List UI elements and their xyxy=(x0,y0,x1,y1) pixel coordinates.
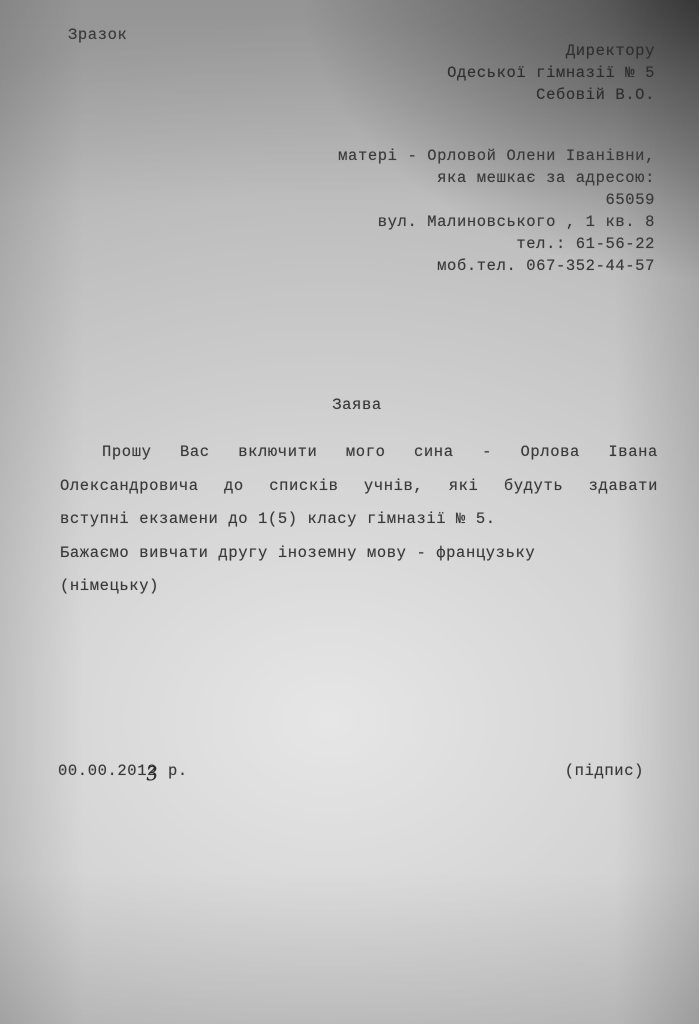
signature-label: (підпис) xyxy=(565,762,644,780)
sender-line: яка мешкає за адресою: xyxy=(338,167,655,189)
addressee-line: Одеської гімназії № 5 xyxy=(447,62,655,84)
body-line-2: Олександровичадосписківучнів,якібудутьзд… xyxy=(60,470,658,504)
application-body: ПрошуВасвключитимогосина-ОрловаІвана Оле… xyxy=(60,436,658,604)
body-word: мого xyxy=(346,436,386,470)
sender-line: матері - Орловой Олени Іванівни, xyxy=(338,145,655,167)
sender-line: 65059 xyxy=(338,189,655,211)
date-suffix: р. xyxy=(158,762,188,780)
body-word: які xyxy=(449,470,479,504)
addressee-line: Себовій В.О. xyxy=(447,84,655,106)
sender-block: матері - Орловой Олени Іванівни, яка меш… xyxy=(338,145,655,277)
sample-label: Зразок xyxy=(68,26,127,44)
body-word: здавати xyxy=(589,470,658,504)
sender-line: вул. Малиновського , 1 кв. 8 xyxy=(338,211,655,233)
body-word: Прошу xyxy=(102,436,152,470)
body-word: учнів, xyxy=(364,470,423,504)
body-line-1: ПрошуВасвключитимогосина-ОрловаІвана xyxy=(60,436,658,470)
body-word: до xyxy=(224,470,244,504)
addressee-block: Директору Одеської гімназії № 5 Себовій … xyxy=(447,40,655,106)
body-line-5: (німецьку) xyxy=(60,570,658,604)
handwritten-correction: 3 xyxy=(145,762,159,785)
body-word: списків xyxy=(269,470,338,504)
body-word: Вас xyxy=(180,436,210,470)
date-typed: 00.00.2012 xyxy=(58,762,157,780)
body-word: сина xyxy=(414,436,454,470)
body-word: Івана xyxy=(608,436,658,470)
document-title: Заява xyxy=(0,396,699,414)
body-line-3: вступні екзамени до 1(5) класу гімназії … xyxy=(60,503,658,537)
body-word: - xyxy=(482,436,492,470)
sender-line: моб.тел. 067-352-44-57 xyxy=(338,255,655,277)
body-word: будуть xyxy=(504,470,563,504)
body-line-4: Бажаємо вивчати другу іноземну мову - фр… xyxy=(60,537,658,571)
addressee-line: Директору xyxy=(447,40,655,62)
body-word: Олександровича xyxy=(60,470,199,504)
body-word: Орлова xyxy=(520,436,579,470)
body-word: включити xyxy=(238,436,317,470)
date-field: 00.00.20123 р. xyxy=(58,758,188,780)
sender-line: тел.: 61-56-22 xyxy=(338,233,655,255)
